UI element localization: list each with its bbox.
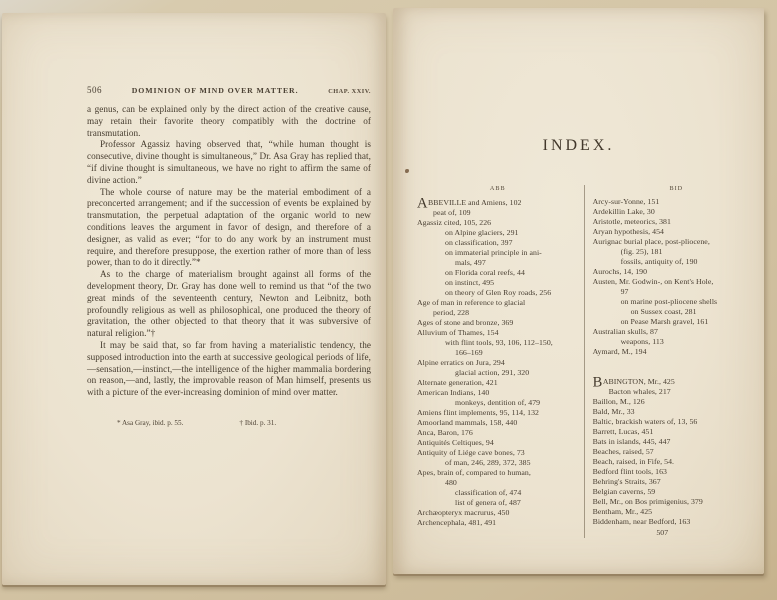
index-line-text: on marine post-pliocene shells (621, 297, 718, 306)
index-line-text: Anca, Baron, 176 (417, 428, 473, 437)
index-line: Antiquités Celtiques, 94 (417, 438, 579, 448)
index-line: Beach, raised, in Fife, 54. (593, 457, 760, 467)
index-line-text: Agassiz cited, 105, 226 (417, 218, 491, 227)
running-header: 506 DOMINION OF MIND OVER MATTER. CHAP. … (87, 85, 371, 95)
paragraph: The whole course of nature may be the ma… (87, 187, 371, 270)
index-line: Barrett, Lucas, 451 (593, 427, 760, 437)
index-line: Amoorland mammals, 158, 440 (417, 418, 579, 428)
index-line-text: Bats in islands, 445, 447 (593, 437, 671, 446)
index-line: on marine post-pliocene shells (593, 297, 760, 307)
index-line-text: peat of, 109 (433, 208, 471, 217)
index-line: (fig. 25), 181 (593, 247, 760, 257)
guide-word-left: ABB (417, 185, 579, 192)
index-line-text: Amiens flint implements, 95, 114, 132 (417, 408, 539, 417)
chapter-label: CHAP. XXIV. (328, 88, 371, 95)
index-line: fossils, antiquity of, 190 (593, 257, 760, 267)
index-line: Bentham, Mr., 425 (593, 507, 760, 517)
index-line-text: classification of, 474 (455, 488, 521, 497)
index-line-text: Bedford flint tools, 163 (593, 467, 667, 476)
index-line-text: Austen, Mr. Godwin-, on Kent's Hole, (593, 277, 714, 286)
index-line-text: Antiquity of Liége cave bones, 73 (417, 448, 525, 457)
index-column-1: ABB ABBEVILLE and Amiens, 102peat of, 10… (417, 185, 579, 538)
index-line: Arcy-sur-Yonne, 151 (593, 197, 760, 207)
index-line: classification of, 474 (417, 488, 579, 498)
index-line: Behring's Straits, 367 (593, 477, 760, 487)
right-book-page: INDEX. ABB ABBEVILLE and Amiens, 102peat… (393, 8, 764, 574)
index-line: Baillon, M., 126 (593, 397, 760, 407)
index-line: Aryan hypothesis, 454 (593, 227, 760, 237)
index-line: Ardekillin Lake, 30 (593, 207, 760, 217)
index-line: Bald, Mr., 33 (593, 407, 760, 417)
index-line-text: Bacton whales, 217 (609, 387, 671, 396)
index-line: on instinct, 495 (417, 278, 579, 288)
index-line-text: Antiquités Celtiques, 94 (417, 438, 494, 447)
index-line-text: Beach, raised, in Fife, 54. (593, 457, 674, 466)
paragraph: As to the charge of materialism brought … (87, 269, 371, 340)
index-line-text: 480 (445, 478, 457, 487)
index-line: with flint tools, 93, 106, 112–150, (417, 338, 579, 348)
index-line-text: Bentham, Mr., 425 (593, 507, 653, 516)
index-line: weapons, 113 (593, 337, 760, 347)
index-line-text: Belgian caverns, 59 (593, 487, 656, 496)
paragraph: a genus, can be explained only by the di… (87, 104, 371, 139)
index-line: 166–169 (417, 348, 579, 358)
index-line: 480 (417, 478, 579, 488)
index-line (593, 357, 760, 376)
index-line: on classification, 397 (417, 238, 579, 248)
index-line-text: Aurochs, 14, 190 (593, 267, 648, 276)
index-page-number: 507 (593, 528, 760, 538)
index-line: Anca, Baron, 176 (417, 428, 579, 438)
index-column-lines-2: Arcy-sur-Yonne, 151Ardekillin Lake, 30Ar… (593, 197, 760, 538)
index-line: Aurochs, 14, 190 (593, 267, 760, 277)
index-line: Bell, Mr., on Bos primigenius, 379 (593, 497, 760, 507)
index-line: on Pease Marsh gravel, 161 (593, 317, 760, 327)
index-line-text: Archencephala, 481, 491 (417, 518, 496, 527)
index-line-text: Bald, Mr., 33 (593, 407, 635, 416)
index-line-text: on classification, 397 (445, 238, 513, 247)
index-line: Australian skulls, 87 (593, 327, 760, 337)
paragraph: It may be said that, so far from having … (87, 340, 371, 399)
index-line-text: monkeys, dentition of, 479 (455, 398, 540, 407)
index-line-text: Alluvium of Thames, 154 (417, 328, 499, 337)
index-line-text: Alternate generation, 421 (417, 378, 498, 387)
index-line: Bedford flint tools, 163 (593, 467, 760, 477)
index-line: of man, 246, 289, 372, 385 (417, 458, 579, 468)
index-line-text: on immaterial principle in ani- (445, 248, 542, 257)
index-line-text: on Pease Marsh gravel, 161 (621, 317, 709, 326)
index-line: Age of man in reference to glacial (417, 298, 579, 308)
index-line: Alternate generation, 421 (417, 378, 579, 388)
index-line-text: Behring's Straits, 367 (593, 477, 661, 486)
index-line: Austen, Mr. Godwin-, on Kent's Hole, (593, 277, 760, 287)
index-line: Alpine erratics on Jura, 294 (417, 358, 579, 368)
footnote-asterisk: * Asa Gray, ibid. p. 55. (117, 419, 183, 427)
index-line: Bats in islands, 445, 447 (593, 437, 760, 447)
index-line: Belgian caverns, 59 (593, 487, 760, 497)
index-line-text: fossils, antiquity of, 190 (621, 257, 698, 266)
index-line: Alluvium of Thames, 154 (417, 328, 579, 338)
index-line-text: of man, 246, 289, 372, 385 (445, 458, 531, 467)
index-line: Apes, brain of, compared to human, (417, 468, 579, 478)
index-line: Antiquity of Liége cave bones, 73 (417, 448, 579, 458)
index-line: Ages of stone and bronze, 369 (417, 318, 579, 328)
index-line: American Indians, 140 (417, 388, 579, 398)
index-line: glacial action, 291, 320 (417, 368, 579, 378)
index-line: on immaterial principle in ani- (417, 248, 579, 258)
left-book-page: 506 DOMINION OF MIND OVER MATTER. CHAP. … (2, 13, 386, 585)
index-line: on theory of Glen Roy roads, 256 (417, 288, 579, 298)
index-line-text: Archæopteryx macrurus, 450 (417, 508, 509, 517)
index-line: on Alpine glaciers, 291 (417, 228, 579, 238)
index-line-text: period, 228 (433, 308, 469, 317)
index-line: on Sussex coast, 281 (593, 307, 760, 317)
index-line: ABBEVILLE and Amiens, 102 (417, 197, 579, 208)
index-line: Amiens flint implements, 95, 114, 132 (417, 408, 579, 418)
index-column-2: BID Arcy-sur-Yonne, 151Ardekillin Lake, … (584, 185, 760, 538)
index-line-text: glacial action, 291, 320 (455, 368, 529, 377)
index-title: INDEX. (393, 137, 764, 155)
index-line: period, 228 (417, 308, 579, 318)
index-line-text: on Sussex coast, 281 (631, 307, 697, 316)
index-line-text: Apes, brain of, compared to human, (417, 468, 531, 477)
index-line-text: BBEVILLE and Amiens, 102 (428, 198, 521, 207)
index-line-text: Bell, Mr., on Bos primigenius, 379 (593, 497, 703, 506)
page-number-left: 506 (87, 85, 102, 95)
index-line-text: on Florida coral reefs, 44 (445, 268, 525, 277)
index-line-text: with flint tools, 93, 106, 112–150, (445, 338, 553, 347)
index-line-text: Aristotle, meteorics, 381 (593, 217, 671, 226)
index-column-lines-1: ABBEVILLE and Amiens, 102peat of, 109Aga… (417, 197, 579, 528)
index-line: Beaches, raised, 57 (593, 447, 760, 457)
index-line-text: Baltic, brackish waters of, 13, 56 (593, 417, 698, 426)
paragraph: Professor Agassiz having observed that, … (87, 139, 371, 186)
index-line: Agassiz cited, 105, 226 (417, 218, 579, 228)
index-line-text: on instinct, 495 (445, 278, 494, 287)
index-line-text: Baillon, M., 126 (593, 397, 645, 406)
index-line: mals, 497 (417, 258, 579, 268)
index-line-text: Arcy-sur-Yonne, 151 (593, 197, 660, 206)
index-line: on Florida coral reefs, 44 (417, 268, 579, 278)
index-line-text: Aryan hypothesis, 454 (593, 227, 664, 236)
index-line-text: ABINGTON, Mr., 425 (603, 377, 675, 386)
index-line: Aymard, M., 194 (593, 347, 760, 357)
index-line-text: list of genera of, 487 (455, 498, 521, 507)
drop-cap: A (417, 200, 428, 208)
index-line-text: (fig. 25), 181 (621, 247, 663, 256)
ink-spot (405, 169, 409, 173)
footnotes: * Asa Gray, ibid. p. 55. † Ibid. p. 31. (87, 419, 371, 427)
index-line: peat of, 109 (417, 208, 579, 218)
index-line-text: on Alpine glaciers, 291 (445, 228, 518, 237)
index-line-text: Beaches, raised, 57 (593, 447, 654, 456)
drop-cap: B (593, 379, 603, 387)
index-line: BABINGTON, Mr., 425 (593, 376, 760, 387)
index-line: list of genera of, 487 (417, 498, 579, 508)
index-line-text: 97 (621, 287, 629, 296)
index-line: Bacton whales, 217 (593, 387, 760, 397)
index-line: monkeys, dentition of, 479 (417, 398, 579, 408)
index-line-text: Aurignac burial place, post-pliocene, (593, 237, 710, 246)
index-line-text: 166–169 (455, 348, 483, 357)
running-title: DOMINION OF MIND OVER MATTER. (102, 86, 328, 95)
index-line-text: weapons, 113 (621, 337, 664, 346)
index-line: 97 (593, 287, 760, 297)
index-line-text: Ages of stone and bronze, 369 (417, 318, 513, 327)
index-line: Biddenham, near Bedford, 163 (593, 517, 760, 527)
footnote-dagger: † Ibid. p. 31. (239, 419, 276, 427)
body-paragraphs: a genus, can be explained only by the di… (87, 104, 371, 399)
index-line-text: Age of man in reference to glacial (417, 298, 525, 307)
index-line: Aurignac burial place, post-pliocene, (593, 237, 760, 247)
index-line: Archæopteryx macrurus, 450 (417, 508, 579, 518)
index-line-text: Barrett, Lucas, 451 (593, 427, 654, 436)
index-line-text: American Indians, 140 (417, 388, 489, 397)
index-line-text: Ardekillin Lake, 30 (593, 207, 655, 216)
index-line: Archencephala, 481, 491 (417, 518, 579, 528)
index-line-text: Australian skulls, 87 (593, 327, 658, 336)
index-line-text: on theory of Glen Roy roads, 256 (445, 288, 551, 297)
index-line-text: Biddenham, near Bedford, 163 (593, 517, 691, 526)
index-line-text: mals, 497 (455, 258, 486, 267)
index-line-text: Aymard, M., 194 (593, 347, 647, 356)
guide-word-right: BID (593, 185, 760, 192)
index-line-text: 507 (656, 528, 668, 537)
index-line-text: Amoorland mammals, 158, 440 (417, 418, 517, 427)
index-line-text: Alpine erratics on Jura, 294 (417, 358, 505, 367)
index-line: Baltic, brackish waters of, 13, 56 (593, 417, 760, 427)
index-line: Aristotle, meteorics, 381 (593, 217, 760, 227)
index-columns: ABB ABBEVILLE and Amiens, 102peat of, 10… (417, 185, 760, 538)
scanned-book-spread: { "left_page": { "page_number": "506", "… (0, 0, 777, 600)
